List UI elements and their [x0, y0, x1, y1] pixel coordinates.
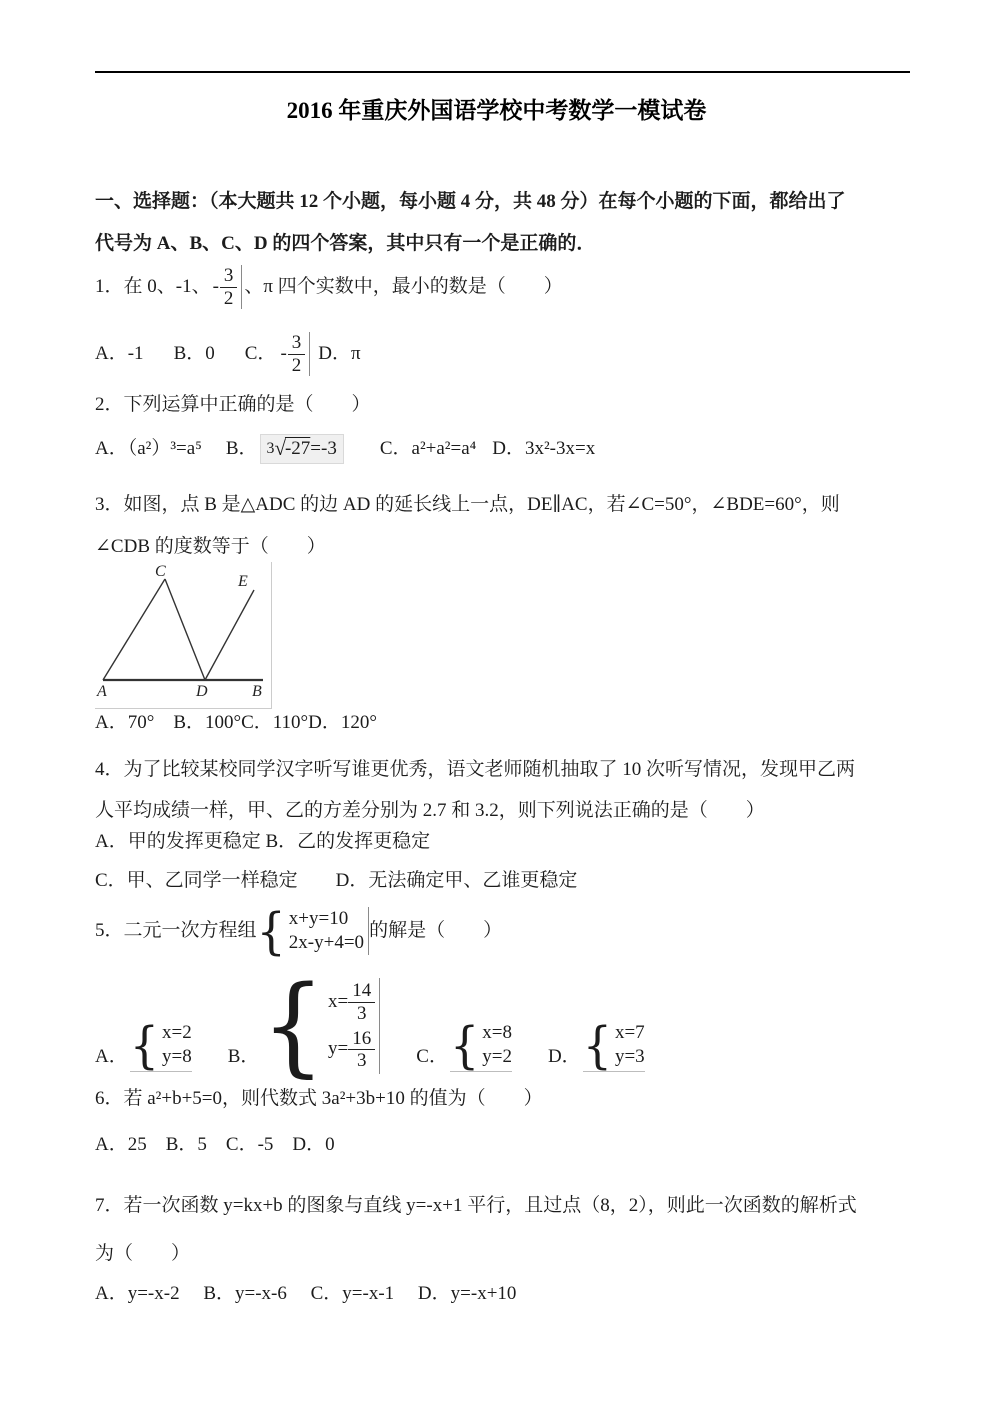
question-1-stem: 1．在 0、-1、 - 3 2 、π 四个实数中，最小的数是（ ） [95, 254, 563, 320]
left-brace-icon: { [261, 972, 325, 1080]
q5-option-a-label: A． [95, 1044, 128, 1070]
figure-label-A: A [96, 683, 107, 700]
question-4-stem: 4．为了比较某校同学汉字听写谁更优秀，语文老师随机抽取了 10 次听写情况，发现… [95, 749, 855, 831]
q1-option-d: D．π [318, 341, 360, 367]
figure-label-D: D [195, 683, 208, 700]
q1-stem-pre: 1．在 0、-1、 [95, 274, 211, 300]
q1-optc-fraction-sign: - [280, 341, 286, 367]
section-heading: 一、选择题：（本大题共 12 个小题，每小题 4 分，共 48 分）在每个小题的… [95, 181, 846, 265]
q5-option-b-y-pre: y= [328, 1039, 348, 1060]
q1-fraction: - 3 2 [213, 265, 243, 309]
left-brace-icon: { [450, 1020, 479, 1070]
q2-option-c: C．a²+a²=a⁴ [380, 436, 476, 462]
question-7-options: A．y=-x-2 B．y=-x-6 C．y=-x-1 D．y=-x+10 [95, 1281, 516, 1307]
page-title: 2016 年重庆外国语学校中考数学一模试卷 [0, 92, 993, 125]
q5-option-c-x: x=8 [482, 1021, 512, 1045]
q5-system-rows: x+y=10 2x-y+4=0 [289, 907, 369, 955]
q5-option-b-rows: x= 14 3 y= 16 3 [328, 978, 380, 1073]
q5-option-b-y-fraction: 16 3 [348, 1028, 375, 1072]
q5-option-b-x-fraction: 14 3 [348, 980, 375, 1024]
q7-stem-line1: 7．若一次函数 y=kx+b 的图象与直线 y=-x+1 平行，且过点（8，2）… [95, 1182, 857, 1230]
question-6-options: A．25 B．5 C．-5 D．0 [95, 1132, 335, 1158]
q5-option-c-label: C． [416, 1044, 448, 1070]
q5-system-eq1: x+y=10 [289, 907, 364, 931]
figure-label-B: B [252, 683, 262, 700]
triangle-figure: A D B C E [95, 562, 272, 709]
header-divider [95, 71, 910, 73]
q5-option-b-x: x= 14 3 [328, 980, 375, 1024]
q5-option-a-rows: x=2 y=8 [162, 1021, 192, 1069]
q5-option-b-x-pre: x= [328, 992, 348, 1013]
q2-radicand: -27 [285, 439, 310, 460]
q5-option-b-system: { x= 14 3 y= 16 3 [261, 976, 380, 1076]
q5-b-x-numerator: 14 [348, 980, 375, 1002]
q4-stem-line2: 人平均成绩一样，甲、乙的方差分别为 2.7 和 3.2，则下列说法正确的是（ ） [95, 790, 855, 831]
figure-ray-DE [205, 590, 254, 680]
figure-label-E: E [237, 573, 248, 590]
q5-equation-system: { x+y=10 2x-y+4=0 [257, 907, 370, 955]
q5-option-d-rows: x=7 y=3 [615, 1021, 645, 1069]
q5-option-b-label: B． [228, 1044, 260, 1070]
q5-option-c-system: { x=8 y=2 [450, 1021, 512, 1072]
figure-side-CD [165, 579, 205, 680]
q1-option-b: B．0 [174, 341, 215, 367]
q5-option-a-x: x=2 [162, 1021, 192, 1045]
question-5-stem: 5．二元一次方程组 { x+y=10 2x-y+4=0 的解是（ ） [95, 898, 502, 964]
q5-stem-post: 的解是（ ） [369, 918, 502, 944]
left-brace-icon: { [257, 906, 286, 956]
q5-option-c-rows: x=8 y=2 [482, 1021, 512, 1069]
q5-system-eq2: 2x-y+4=0 [289, 931, 364, 955]
q2-option-b-label: B． [226, 436, 258, 462]
question-2-options: A．（a²）³=a⁵ B． 3√-27=-3 C．a²+a²=a⁴ D．3x²-… [95, 426, 595, 472]
figure-side-AC [103, 579, 165, 680]
q4-stem-line1: 4．为了比较某校同学汉字听写谁更优秀，语文老师随机抽取了 10 次听写情况，发现… [95, 749, 855, 790]
question-4-options-row1: A．甲的发挥更稳定 B．乙的发挥更稳定 [95, 829, 430, 855]
left-brace-icon: { [583, 1020, 612, 1070]
q5-option-d-x: x=7 [615, 1021, 645, 1045]
q5-option-c-y: y=2 [482, 1045, 512, 1069]
q3-stem-line1: 3．如图，点 B 是△ADC 的边 AD 的延长线上一点，DE∥AC，若∠C=5… [95, 484, 840, 526]
q1-option-c-fraction: - 3 2 [280, 332, 310, 376]
q1-option-c-label: C． [245, 341, 277, 367]
q5-b-y-denominator: 3 [353, 1050, 371, 1071]
question-3-stem: 3．如图，点 B 是△ADC 的边 AD 的延长线上一点，DE∥AC，若∠C=5… [95, 484, 840, 568]
q1-optc-fraction-stack: 3 2 [288, 332, 306, 376]
question-3-options: A．70° B．100°C．110°D．120° [95, 710, 377, 736]
q5-b-x-denominator: 3 [353, 1003, 371, 1024]
question-5-options: A． { x=2 y=8 B． { x= 14 3 y= [95, 964, 645, 1076]
q5-b-y-numerator: 16 [348, 1028, 375, 1050]
q2-cube-root-expression: 3√-27=-3 [260, 434, 344, 463]
q1-optc-fraction-denominator: 2 [288, 355, 306, 376]
q2-option-d: D．3x²-3x=x [492, 436, 595, 462]
q1-fraction-numerator: 3 [220, 265, 238, 287]
q2-radical-rhs: =-3 [310, 439, 337, 460]
section-heading-line1: 一、选择题：（本大题共 12 个小题，每小题 4 分，共 48 分）在每个小题的… [95, 181, 846, 223]
exam-document-page: 2016 年重庆外国语学校中考数学一模试卷 一、选择题：（本大题共 12 个小题… [0, 0, 993, 1404]
q7-stem-line2: 为（ ） [95, 1230, 857, 1278]
q1-stem-post: 、π 四个实数中，最小的数是（ ） [244, 274, 562, 300]
q2-option-a: A．（a²）³=a⁵ [95, 436, 202, 462]
question-6-stem: 6．若 a²+b+5=0，则代数式 3a²+3b+10 的值为（ ） [95, 1086, 543, 1112]
question-7-stem: 7．若一次函数 y=kx+b 的图象与直线 y=-x+1 平行，且过点（8，2）… [95, 1182, 857, 1278]
q1-fraction-stack: 3 2 [220, 265, 238, 309]
q5-option-d-label: D． [548, 1044, 581, 1070]
q5-option-b-y: y= 16 3 [328, 1028, 375, 1072]
q5-option-d-system: { x=7 y=3 [583, 1021, 645, 1072]
q1-optc-fraction-numerator: 3 [288, 332, 306, 354]
question-4-options-row2: C．甲、乙同学一样稳定 D．无法确定甲、乙谁更稳定 [95, 868, 577, 894]
question-2-stem: 2．下列运算中正确的是（ ） [95, 392, 371, 418]
q5-option-a-y: y=8 [162, 1045, 192, 1069]
q1-fraction-sign: - [213, 274, 219, 300]
figure-label-C: C [155, 563, 166, 580]
q5-option-a-system: { x=2 y=8 [130, 1021, 192, 1072]
triangle-figure-svg: A D B C E [95, 562, 271, 708]
q5-stem-pre: 5．二元一次方程组 [95, 918, 257, 944]
q1-fraction-denominator: 2 [220, 288, 238, 309]
q2-radical-index: 3 [267, 440, 275, 457]
q1-option-a: A．-1 [95, 341, 144, 367]
question-1-options: A．-1 B．0 C． - 3 2 D．π [95, 326, 361, 382]
left-brace-icon: { [130, 1020, 159, 1070]
q5-option-d-y: y=3 [615, 1045, 645, 1069]
